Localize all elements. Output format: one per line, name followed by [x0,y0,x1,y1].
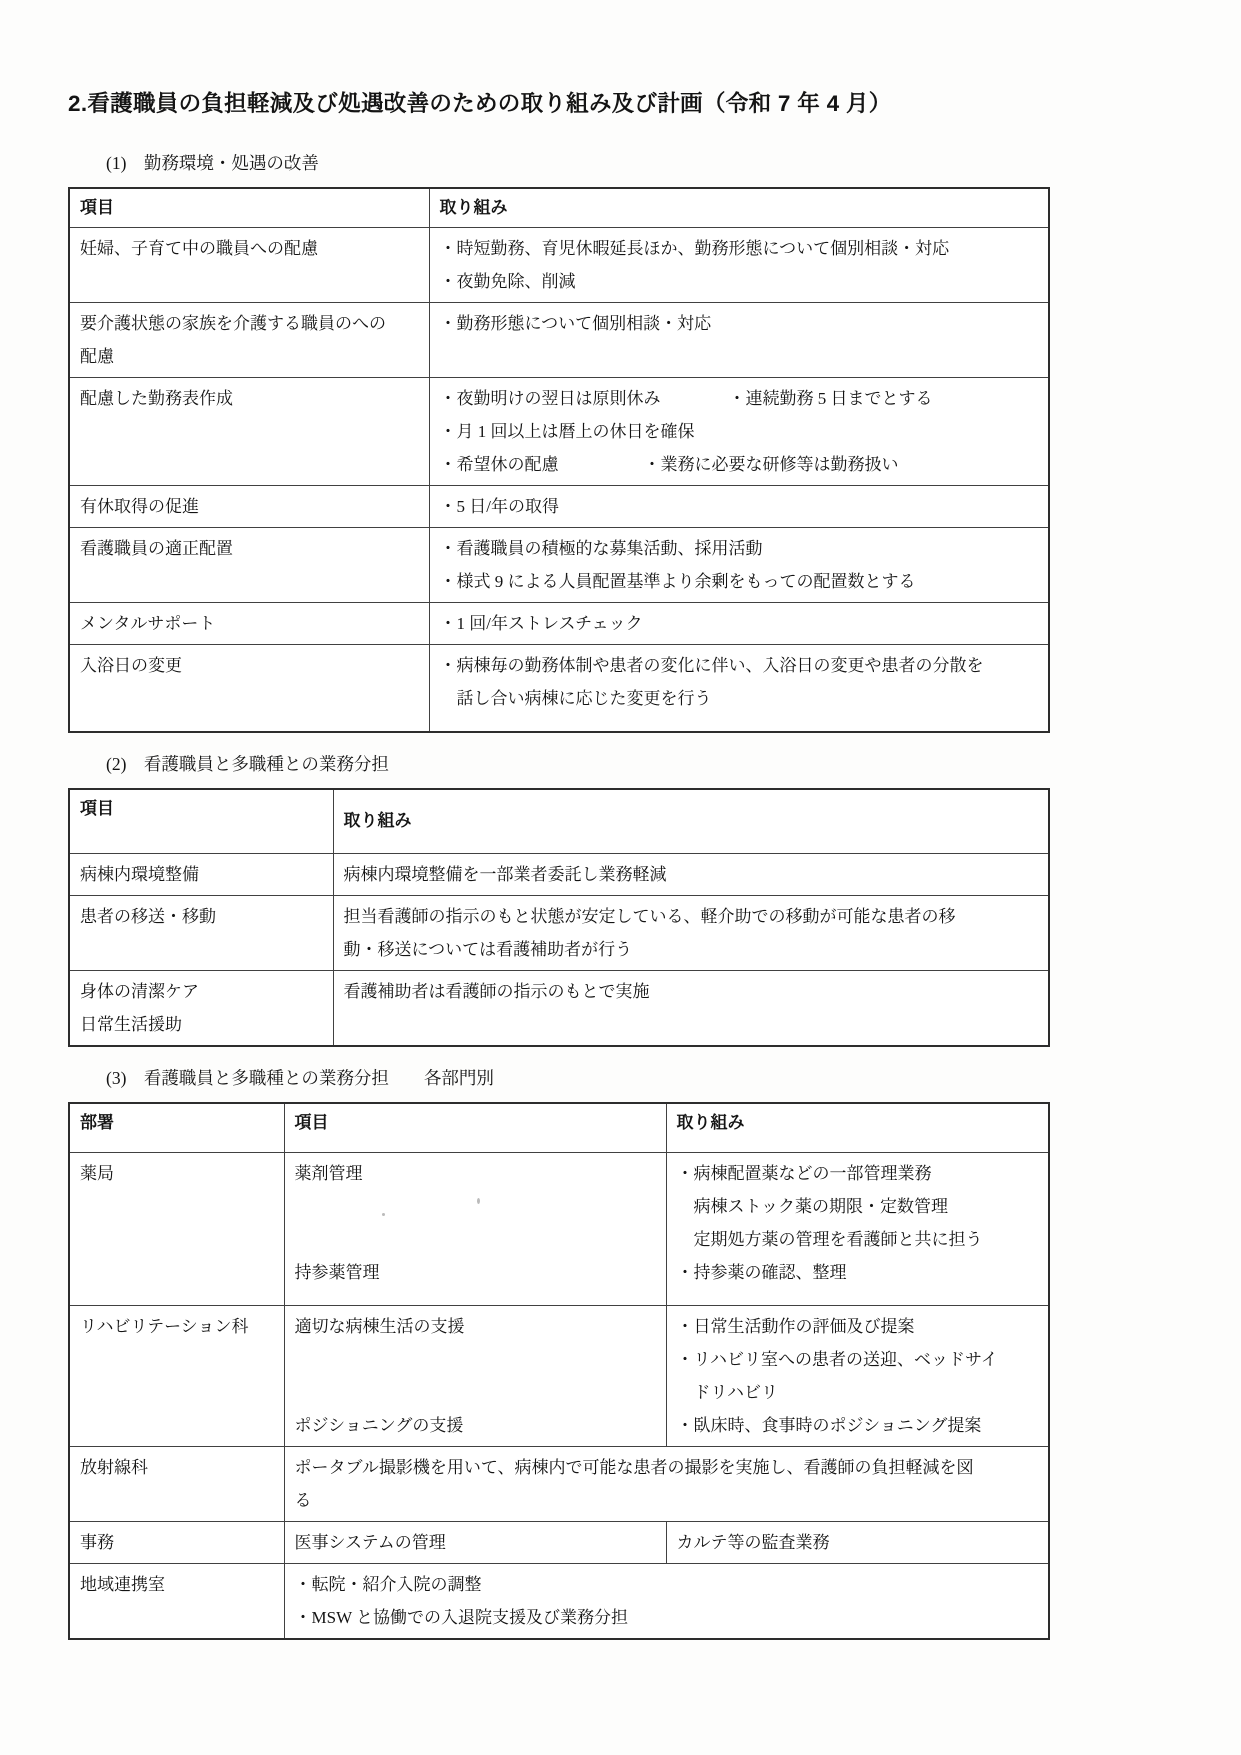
header-cell-work: 取り組み [666,1103,1049,1153]
text-line: 配慮 [80,340,419,373]
cell-item: 身体の清潔ケア 日常生活援助 [69,970,333,1046]
text-line: ・1 回/年ストレスチェック [440,607,1039,640]
table-row-pharmacy: 薬局 薬剤管理 持参薬管理 ・病棟配置薬などの一部管理業務 病棟ストック薬の期限… [69,1153,1049,1306]
cell-item: 配慮した勤務表作成 [69,378,429,486]
header-cell-work: 取り組み [333,789,1049,853]
work-environment-table: 項目 取り組み 妊婦、子育て中の職員への配慮 ・時短勤務、育児休暇延長ほか、勤務… [68,187,1050,733]
header-cell-dept: 部署 [69,1103,284,1153]
text-line: 入浴日の変更 [80,649,419,682]
text-line: ポジショニングの支援 [295,1409,656,1442]
cell-item: 医事システムの管理 [284,1522,666,1564]
text-line: る [295,1484,1039,1517]
header-label: 取り組み [344,806,1039,836]
text-line: 病棟内環境整備を一部業者委託し業務軽減 [344,858,1039,891]
text-line: ・転院・紹介入院の調整 [295,1568,1039,1601]
cell-item: 患者の移送・移動 [69,895,333,970]
cell-work: カルテ等の監査業務 [666,1522,1049,1564]
table-header-row: 項目 取り組み [69,789,1049,853]
cell-item: 入浴日の変更 [69,645,429,733]
header-cell-item: 項目 [284,1103,666,1153]
cell-work: ・5 日/年の取得 [429,486,1049,528]
text-line: 適切な病棟生活の支援 [295,1310,656,1343]
cell-item: 病棟内環境整備 [69,853,333,895]
cell-work: ・日常生活動作の評価及び提案 ・リハビリ室への患者の送迎、ベッドサイ ドリハビリ… [666,1306,1049,1447]
cell-dept: 事務 [69,1522,284,1564]
text-line: 病棟ストック薬の期限・定数管理 [677,1190,1039,1223]
text-line: 病棟内環境整備 [80,858,323,891]
table-header-row: 部署 項目 取り組み [69,1103,1049,1153]
text-line: 薬剤管理 [295,1157,656,1190]
scan-artifact-dot [477,1198,480,1204]
text-line: 有休取得の促進 [80,490,419,523]
cell-work: 病棟内環境整備を一部業者委託し業務軽減 [333,853,1049,895]
header-label: 部署 [80,1108,274,1138]
text-line: ・様式 9 による人員配置基準より余剰をもっての配置数とする [440,565,1039,598]
text-line: 動・移送については看護補助者が行う [344,933,1039,966]
text-line: 話し合い病棟に応じた変更を行う [440,682,1039,715]
text-line: ・夜勤明けの翌日は原則休み ・連続勤務 5 日までとする [440,382,1039,415]
header-label: 項目 [80,794,323,824]
text-line: 妊婦、子育て中の職員への配慮 [80,232,419,265]
text-line: 医事システムの管理 [295,1526,656,1559]
table-row: 入浴日の変更 ・病棟毎の勤務体制や患者の変化に伴い、入浴日の変更や患者の分散を … [69,645,1049,733]
header-label: 項目 [80,193,419,223]
text-line: ・月 1 回以上は暦上の休日を確保 [440,415,1039,448]
text-line: ・病棟毎の勤務体制や患者の変化に伴い、入浴日の変更や患者の分散を [440,649,1039,682]
text-line: ・リハビリ室への患者の送迎、ベッドサイ [677,1343,1039,1376]
cell-work-span: ・転院・紹介入院の調整 ・MSW と協働での入退院支援及び業務分担 [284,1564,1049,1640]
text-line: 放射線科 [80,1451,274,1484]
text-line: 看護補助者は看護師の指示のもとで実施 [344,975,1039,1008]
table-row: 有休取得の促進 ・5 日/年の取得 [69,486,1049,528]
text-line: ・夜勤免除、削減 [440,265,1039,298]
text-line: 要介護状態の家族を介護する職員のへの [80,307,419,340]
text-line: 薬局 [80,1157,274,1190]
table-row: 患者の移送・移動 担当看護師の指示のもと状態が安定している、軽介助での移動が可能… [69,895,1049,970]
text-line: 配慮した勤務表作成 [80,382,419,415]
department-task-table: 部署 項目 取り組み 薬局 薬剤管理 持参薬管理 ・病棟配置薬などの一部管理業務… [68,1102,1050,1641]
cell-item: 妊婦、子育て中の職員への配慮 [69,228,429,303]
text-line: ・勤務形態について個別相談・対応 [440,307,1039,340]
text-line: 身体の清潔ケア [80,975,323,1008]
cell-dept: 地域連携室 [69,1564,284,1640]
cell-item: 薬剤管理 持参薬管理 [284,1153,666,1306]
text-line: 看護職員の適正配置 [80,532,419,565]
table-row-regional-liaison: 地域連携室 ・転院・紹介入院の調整 ・MSW と協働での入退院支援及び業務分担 [69,1564,1049,1640]
text-line: ポータブル撮影機を用いて、病棟内で可能な患者の撮影を実施し、看護師の負担軽減を図 [295,1451,1039,1484]
text-line: ・看護職員の積極的な募集活動、採用活動 [440,532,1039,565]
section-2-label: (2) 看護職員と多職種との業務分担 [106,751,1241,776]
cell-work: 看護補助者は看護師の指示のもとで実施 [333,970,1049,1046]
document-page: 2.看護職員の負担軽減及び処遇改善のための取り組み及び計画（令和 7 年 4 月… [0,0,1241,1640]
section-1-label: (1) 勤務環境・処遇の改善 [106,150,1241,175]
text-line: 定期処方薬の管理を看護師と共に担う [677,1223,1039,1256]
header-label: 取り組み [677,1108,1039,1138]
text-line: 事務 [80,1526,274,1559]
text-line: 地域連携室 [80,1568,274,1601]
table-row: 看護職員の適正配置 ・看護職員の積極的な募集活動、採用活動 ・様式 9 による人… [69,528,1049,603]
cell-dept: 放射線科 [69,1447,284,1522]
text-line: 日常生活援助 [80,1008,323,1041]
table-row-rehabilitation: リハビリテーション科 適切な病棟生活の支援 ポジショニングの支援 ・日常生活動作… [69,1306,1049,1447]
cell-work: ・病棟毎の勤務体制や患者の変化に伴い、入浴日の変更や患者の分散を 話し合い病棟に… [429,645,1049,733]
table-row: 配慮した勤務表作成 ・夜勤明けの翌日は原則休み ・連続勤務 5 日までとする ・… [69,378,1049,486]
cell-item: 有休取得の促進 [69,486,429,528]
cell-work: ・1 回/年ストレスチェック [429,603,1049,645]
cell-item: 適切な病棟生活の支援 ポジショニングの支援 [284,1306,666,1447]
scan-artifact-dot [382,1213,385,1216]
table-row-radiology: 放射線科 ポータブル撮影機を用いて、病棟内で可能な患者の撮影を実施し、看護師の負… [69,1447,1049,1522]
text-line: ・時短勤務、育児休暇延長ほか、勤務形態について個別相談・対応 [440,232,1039,265]
cell-work: 担当看護師の指示のもと状態が安定している、軽介助での移動が可能な患者の移 動・移… [333,895,1049,970]
cell-work: ・病棟配置薬などの一部管理業務 病棟ストック薬の期限・定数管理 定期処方薬の管理… [666,1153,1049,1306]
text-line: ・持参薬の確認、整理 [677,1256,1039,1289]
cell-dept: リハビリテーション科 [69,1306,284,1447]
text-line: ・MSW と協働での入退院支援及び業務分担 [295,1601,1039,1634]
section-3-label: (3) 看護職員と多職種との業務分担 各部門別 [106,1065,1241,1090]
cell-item: メンタルサポート [69,603,429,645]
text-line: 担当看護師の指示のもと状態が安定している、軽介助での移動が可能な患者の移 [344,900,1039,933]
text-line: 持参薬管理 [295,1256,656,1289]
text-line: リハビリテーション科 [80,1310,274,1343]
page-title: 2.看護職員の負担軽減及び処遇改善のための取り組み及び計画（令和 7 年 4 月… [68,86,1241,118]
cell-item: 要介護状態の家族を介護する職員のへの 配慮 [69,303,429,378]
text-line: カルテ等の監査業務 [677,1526,1039,1559]
table-row: 要介護状態の家族を介護する職員のへの 配慮 ・勤務形態について個別相談・対応 [69,303,1049,378]
cell-dept: 薬局 [69,1153,284,1306]
text-line: ・臥床時、食事時のポジショニング提案 [677,1409,1039,1442]
table-row: メンタルサポート ・1 回/年ストレスチェック [69,603,1049,645]
table-row-admin: 事務 医事システムの管理 カルテ等の監査業務 [69,1522,1049,1564]
text-line: ・日常生活動作の評価及び提案 [677,1310,1039,1343]
cell-work: ・勤務形態について個別相談・対応 [429,303,1049,378]
table-row: 身体の清潔ケア 日常生活援助 看護補助者は看護師の指示のもとで実施 [69,970,1049,1046]
header-cell-item: 項目 [69,789,333,853]
header-label: 項目 [295,1108,656,1138]
table-row: 妊婦、子育て中の職員への配慮 ・時短勤務、育児休暇延長ほか、勤務形態について個別… [69,228,1049,303]
cell-work: ・時短勤務、育児休暇延長ほか、勤務形態について個別相談・対応 ・夜勤免除、削減 [429,228,1049,303]
text-line: ・希望休の配慮 ・業務に必要な研修等は勤務扱い [440,448,1039,481]
cell-work: ・看護職員の積極的な募集活動、採用活動 ・様式 9 による人員配置基準より余剰を… [429,528,1049,603]
header-cell-item: 項目 [69,188,429,228]
header-cell-work: 取り組み [429,188,1049,228]
cell-item: 看護職員の適正配置 [69,528,429,603]
text-line: ドリハビリ [677,1376,1039,1409]
table-row: 病棟内環境整備 病棟内環境整備を一部業者委託し業務軽減 [69,853,1049,895]
header-label: 取り組み [440,193,1039,223]
table-header-row: 項目 取り組み [69,188,1049,228]
text-line: 患者の移送・移動 [80,900,323,933]
text-line: メンタルサポート [80,607,419,640]
cell-work-span: ポータブル撮影機を用いて、病棟内で可能な患者の撮影を実施し、看護師の負担軽減を図… [284,1447,1049,1522]
text-line: ・病棟配置薬などの一部管理業務 [677,1157,1039,1190]
text-line: ・5 日/年の取得 [440,490,1039,523]
cell-work: ・夜勤明けの翌日は原則休み ・連続勤務 5 日までとする ・月 1 回以上は暦上… [429,378,1049,486]
task-sharing-table: 項目 取り組み 病棟内環境整備 病棟内環境整備を一部業者委託し業務軽減 患者の移… [68,788,1050,1047]
